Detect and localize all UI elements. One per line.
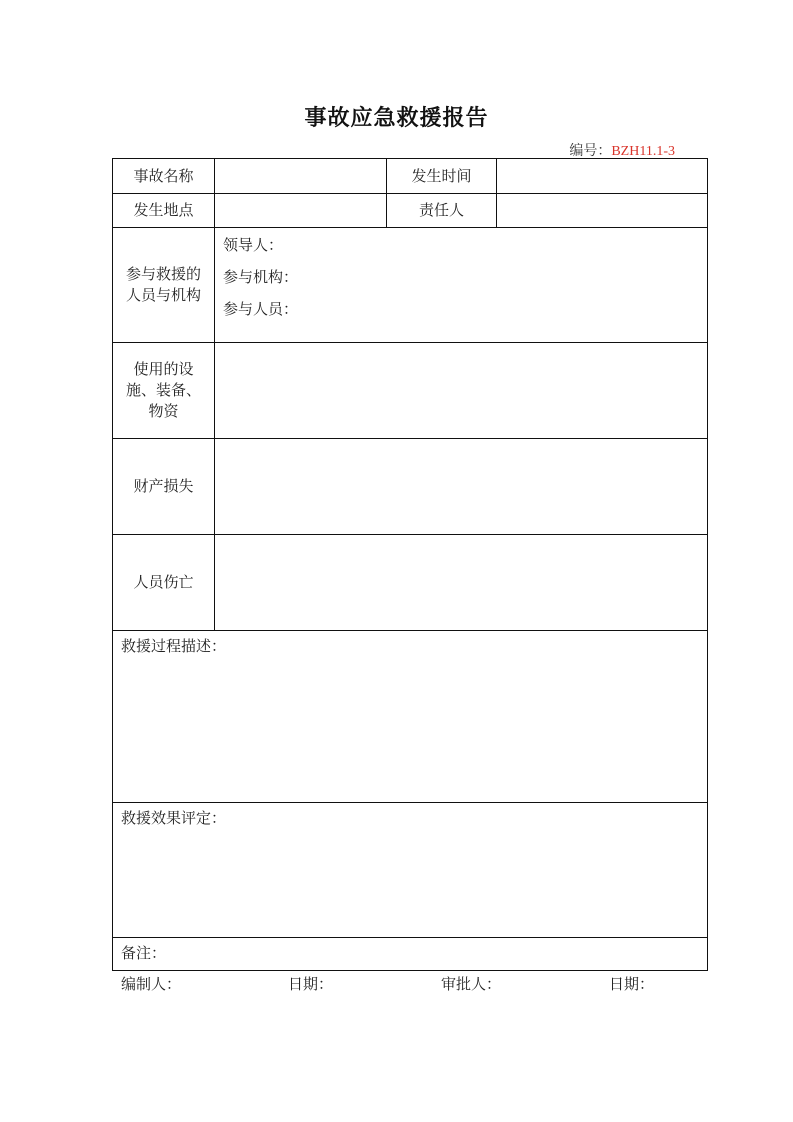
- field-rescue-evaluation[interactable]: 救援效果评定：: [113, 803, 707, 937]
- label-casualties: 人员伤亡: [113, 535, 214, 630]
- footer-date-2: 日期：: [609, 973, 654, 994]
- label-participants-line1: 参与救援的: [126, 264, 201, 285]
- footer-approver: 审批人：: [441, 973, 501, 994]
- label-accident-name: 事故名称: [113, 159, 214, 193]
- label-responsible-person: 责任人: [387, 194, 496, 227]
- label-location: 发生地点: [113, 194, 214, 227]
- document-code: 编号：BZH11.1-3: [569, 140, 675, 160]
- field-property-loss[interactable]: [215, 439, 707, 534]
- footer-date-1: 日期：: [288, 973, 333, 994]
- field-remarks[interactable]: 备注：: [113, 938, 707, 970]
- label-occurrence-time: 发生时间: [387, 159, 496, 193]
- field-location[interactable]: [215, 194, 386, 227]
- report-table: 事故名称 发生时间 发生地点 责任人 参与救援的 人员与机构 领导人： 参与机构…: [112, 158, 708, 971]
- personnel-label: 参与人员：: [223, 298, 298, 319]
- field-equipment[interactable]: [215, 343, 707, 438]
- field-participants[interactable]: 领导人： 参与机构： 参与人员：: [215, 228, 707, 342]
- label-equipment-line2: 施、装备、: [126, 380, 201, 401]
- label-equipment: 使用的设 施、装备、 物资: [113, 343, 214, 438]
- label-equipment-line1: 使用的设: [133, 359, 193, 380]
- field-accident-name[interactable]: [215, 159, 386, 193]
- label-rescue-process: 救援过程描述：: [121, 637, 226, 655]
- field-responsible-person[interactable]: [497, 194, 707, 227]
- document-code-label: 编号：: [569, 143, 611, 159]
- document-title: 事故应急救援报告: [0, 101, 793, 132]
- label-property-loss: 财产损失: [113, 439, 214, 534]
- document-code-value: BZH11.1-3: [611, 144, 675, 159]
- label-participants-line2: 人员与机构: [126, 285, 201, 306]
- label-participants: 参与救援的 人员与机构: [113, 228, 214, 342]
- field-occurrence-time[interactable]: [497, 159, 707, 193]
- label-rescue-evaluation: 救援效果评定：: [121, 809, 226, 827]
- leader-label: 领导人：: [223, 234, 283, 255]
- field-rescue-process[interactable]: 救援过程描述：: [113, 631, 707, 802]
- label-equipment-line3: 物资: [148, 401, 178, 422]
- organizations-label: 参与机构：: [223, 266, 298, 287]
- field-casualties[interactable]: [215, 535, 707, 630]
- footer-preparer: 编制人：: [121, 973, 181, 994]
- label-remarks: 备注：: [121, 944, 166, 962]
